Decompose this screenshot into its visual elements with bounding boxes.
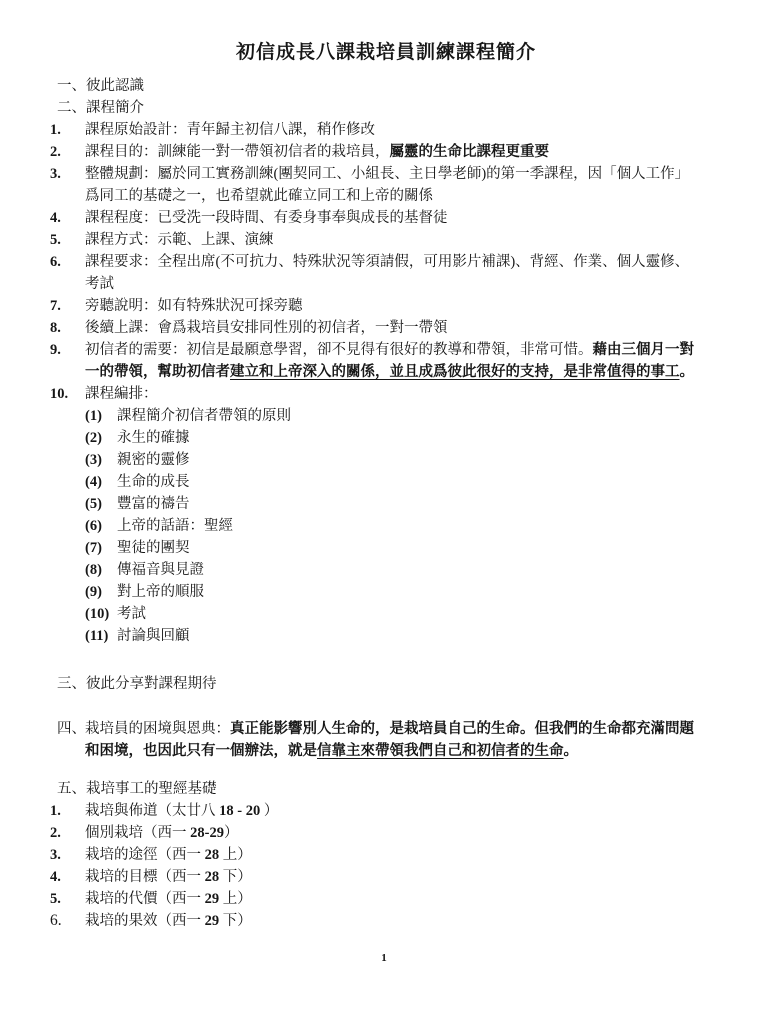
bible-basis-list: 1. 栽培與佈道（太廿八 18 - 20 ） 2. 個別栽培（西一 28-29）… [50, 800, 722, 932]
bold-text: 真正能影響別人生命的，是栽培員自己的生命。但我們的生命都充滿問題 [230, 721, 694, 737]
underlined-text: 信靠主來帶領我們自己和初信者的生命 [317, 743, 564, 759]
verse-number: 28 [205, 847, 220, 863]
item-text-wrap: 初信者的需要：初信是最願意學習，卻不見得有很好的教導和帶領，非常可惜。藉由三個月… [85, 339, 722, 383]
document-page: 初信成長八課栽培員訓練課程簡介 一、彼此認識 二、課程簡介 1. 課程原始設計：… [0, 0, 768, 1024]
sub-text: 永生的確據 [117, 427, 722, 449]
list-marker: 7. [50, 295, 85, 317]
list-marker: 5. [50, 229, 85, 251]
item-text-wrap: 課程程度：已受洗一段時間、有委身事奉與成長的基督徒 [85, 207, 722, 229]
list-marker: 3. [50, 163, 85, 207]
list-item-10: 10. 課程編排： [50, 383, 722, 405]
sub-marker: (10) [85, 603, 117, 625]
sub-text: 考試 [117, 603, 722, 625]
sub-item-10: (10) 考試 [85, 603, 722, 625]
sub-item-5: (5) 豐富的禱告 [85, 493, 722, 515]
sub-marker: (4) [85, 471, 117, 493]
section-2-heading: 二、課程簡介 [57, 97, 722, 119]
section-1-heading: 一、彼此認識 [57, 75, 722, 97]
list-marker: 6. [50, 251, 85, 295]
section-4-marker: 四、 [57, 718, 85, 762]
bold-text: 。 [564, 743, 579, 759]
sub-item-11: (11) 討論與回顧 [85, 625, 722, 647]
sub-marker: (2) [85, 427, 117, 449]
sub-marker: (3) [85, 449, 117, 471]
item-text: 課程目的：訓練能一對一帶領初信者的栽培員， [85, 144, 390, 160]
item-text-wrap: 栽培的途徑（西一 28 上） [85, 844, 722, 866]
item-text-wrap: 課程編排： [85, 383, 722, 405]
item-text: 下） [219, 869, 252, 885]
blank-line [50, 695, 722, 718]
item-text-wrap: 栽培的代價（西一 29 上） [85, 888, 722, 910]
item-text-wrap: 整體規劃：屬於同工實務訓練(團契同工、小組長、主日學老師)的第一季課程，因「個人… [85, 163, 722, 207]
item-text-wrap: 栽培與佈道（太廿八 18 - 20 ） [85, 800, 722, 822]
item-text-wrap: 課程方式：示範、上課、演練 [85, 229, 722, 251]
list-marker: 4. [50, 207, 85, 229]
item-text: 課程方式：示範、上課、演練 [85, 232, 274, 248]
item-text: 栽培的果效（西一 [85, 913, 205, 929]
list-marker: 5. [50, 888, 85, 910]
item-text: 爲同工的基礎之一，也希望就此確立同工和上帝的關係 [85, 188, 433, 204]
item-text: 旁聽說明：如有特殊狀況可採旁聽 [85, 298, 303, 314]
list-marker: 1. [50, 800, 85, 822]
sub-marker: (7) [85, 537, 117, 559]
section-3-heading: 三、彼此分享對課程期待 [57, 673, 722, 695]
page-number: 1 [0, 952, 768, 964]
sub-text: 傳福音與見證 [117, 559, 722, 581]
sub-marker: (9) [85, 581, 117, 603]
verse-number: 28-29 [190, 825, 224, 841]
list-marker: 3. [50, 844, 85, 866]
bold-text: 。 [680, 364, 695, 380]
list-item-7: 7. 旁聽說明：如有特殊狀況可採旁聽 [50, 295, 722, 317]
sub-item-1: (1) 課程簡介初信者帶領的原則 [85, 405, 722, 427]
sub-marker: (11) [85, 625, 117, 647]
item-text: 栽培的代價（西一 [85, 891, 205, 907]
list-item-8: 8. 後續上課：會爲栽培員安排同性別的初信者，一對一帶領 [50, 317, 722, 339]
item-text-wrap: 課程原始設計：青年歸主初信八課，稍作修改 [85, 119, 722, 141]
sub-marker: (6) [85, 515, 117, 537]
sub-marker: (1) [85, 405, 117, 427]
list-marker: 4. [50, 866, 85, 888]
item-text: ） [224, 825, 239, 841]
list-marker: 9. [50, 339, 85, 383]
list-marker: 6. [50, 910, 85, 932]
item-text: 整體規劃：屬於同工實務訓練(團契同工、小組長、主日學老師)的第一季課程，因「個人… [85, 166, 689, 182]
item-text: 上） [219, 891, 252, 907]
bible-item-4: 4. 栽培的目標（西一 28 下） [50, 866, 722, 888]
section-5-heading: 五、栽培事工的聖經基礎 [57, 778, 722, 800]
item-text: 初信者的需要：初信是最願意學習，卻不見得有很好的教導和帶領，非常可惜。 [85, 342, 593, 358]
sub-item-8: (8) 傳福音與見證 [85, 559, 722, 581]
item-text: 栽培的途徑（西一 [85, 847, 205, 863]
item-text-wrap: 後續上課：會爲栽培員安排同性別的初信者，一對一帶領 [85, 317, 722, 339]
item-text: ） [260, 803, 278, 819]
sub-text: 對上帝的順服 [117, 581, 722, 603]
sub-item-9: (9) 對上帝的順服 [85, 581, 722, 603]
underlined-text: 建立和上帝深入的關係，並且成爲彼此很好的支持，是非常值得的事工 [230, 364, 680, 380]
verse-number: 29 [205, 913, 220, 929]
bold-text: 屬靈的生命比課程更重要 [390, 144, 550, 160]
sub-text: 課程簡介初信者帶領的原則 [117, 405, 722, 427]
item-text-wrap: 課程要求：全程出席(不可抗力、特殊狀況等須請假，可用影片補課)、背經、作業、個人… [85, 251, 722, 295]
bible-item-5: 5. 栽培的代價（西一 29 上） [50, 888, 722, 910]
item-text-wrap: 栽培的果效（西一 29 下） [85, 910, 722, 932]
section-4-lead-in: 栽培員的困境與恩典： [85, 721, 230, 737]
item-text-wrap: 個別栽培（西一 28-29） [85, 822, 722, 844]
list-item-3: 3. 整體規劃：屬於同工實務訓練(團契同工、小組長、主日學老師)的第一季課程，因… [50, 163, 722, 207]
sub-marker: (5) [85, 493, 117, 515]
list-item-2: 2. 課程目的：訓練能一對一帶領初信者的栽培員，屬靈的生命比課程更重要 [50, 141, 722, 163]
list-item-5: 5. 課程方式：示範、上課、演練 [50, 229, 722, 251]
item-text: 上） [219, 847, 252, 863]
sub-item-4: (4) 生命的成長 [85, 471, 722, 493]
bold-text: 藉由三個月一對 [593, 342, 695, 358]
list-marker: 1. [50, 119, 85, 141]
item-text: 考試 [85, 276, 114, 292]
list-item-1: 1. 課程原始設計：青年歸主初信八課，稍作修改 [50, 119, 722, 141]
bible-item-2: 2. 個別栽培（西一 28-29） [50, 822, 722, 844]
section-4-text-wrap: 栽培員的困境與恩典：真正能影響別人生命的，是栽培員自己的生命。但我們的生命都充滿… [85, 718, 722, 762]
sub-item-6: (6) 上帝的話語：聖經 [85, 515, 722, 537]
item-text-wrap: 課程目的：訓練能一對一帶領初信者的栽培員，屬靈的生命比課程更重要 [85, 141, 722, 163]
item-text: 課程程度：已受洗一段時間、有委身事奉與成長的基督徒 [85, 210, 448, 226]
item-text: 課程要求：全程出席(不可抗力、特殊狀況等須請假，可用影片補課)、背經、作業、個人… [85, 254, 689, 270]
sub-text: 親密的靈修 [117, 449, 722, 471]
item-text: 後續上課：會爲栽培員安排同性別的初信者，一對一帶領 [85, 320, 448, 336]
item-text: 下） [219, 913, 252, 929]
sub-item-7: (7) 聖徒的團契 [85, 537, 722, 559]
bible-item-1: 1. 栽培與佈道（太廿八 18 - 20 ） [50, 800, 722, 822]
list-item-9: 9. 初信者的需要：初信是最願意學習，卻不見得有很好的教導和帶領，非常可惜。藉由… [50, 339, 722, 383]
list-item-6: 6. 課程要求：全程出席(不可抗力、特殊狀況等須請假，可用影片補課)、背經、作業… [50, 251, 722, 295]
section-4-paragraph: 四、 栽培員的困境與恩典：真正能影響別人生命的，是栽培員自己的生命。但我們的生命… [50, 718, 722, 762]
bible-item-6: 6. 栽培的果效（西一 29 下） [50, 910, 722, 932]
sub-text: 豐富的禱告 [117, 493, 722, 515]
item-text: 栽培的目標（西一 [85, 869, 205, 885]
item-text-wrap: 旁聽說明：如有特殊狀況可採旁聽 [85, 295, 722, 317]
sub-text: 討論與回顧 [117, 625, 722, 647]
list-marker: 2. [50, 822, 85, 844]
verse-number: 18 - 20 [219, 803, 260, 819]
list-marker: 8. [50, 317, 85, 339]
blank-line [50, 647, 722, 673]
item-text: 課程編排： [85, 386, 158, 402]
sub-text: 聖徒的團契 [117, 537, 722, 559]
page-title: 初信成長八課栽培員訓練課程簡介 [50, 40, 722, 66]
bold-text: 一的帶領，幫助初信者 [85, 364, 230, 380]
sub-text: 上帝的話語：聖經 [117, 515, 722, 537]
list-marker: 10. [50, 383, 85, 405]
sub-marker: (8) [85, 559, 117, 581]
item-text: 個別栽培（西一 [85, 825, 190, 841]
sub-text: 生命的成長 [117, 471, 722, 493]
item-text: 栽培與佈道（太廿八 [85, 803, 219, 819]
item-text: 課程原始設計：青年歸主初信八課，稍作修改 [85, 122, 375, 138]
list-item-4: 4. 課程程度：已受洗一段時間、有委身事奉與成長的基督徒 [50, 207, 722, 229]
blank-line [50, 762, 722, 778]
verse-number: 29 [205, 891, 220, 907]
bible-item-3: 3. 栽培的途徑（西一 28 上） [50, 844, 722, 866]
list-marker: 2. [50, 141, 85, 163]
sub-item-2: (2) 永生的確據 [85, 427, 722, 449]
verse-number: 28 [205, 869, 220, 885]
sub-item-3: (3) 親密的靈修 [85, 449, 722, 471]
item-text-wrap: 栽培的目標（西一 28 下） [85, 866, 722, 888]
bold-text: 和困境，也因此只有一個辦法，就是 [85, 743, 317, 759]
